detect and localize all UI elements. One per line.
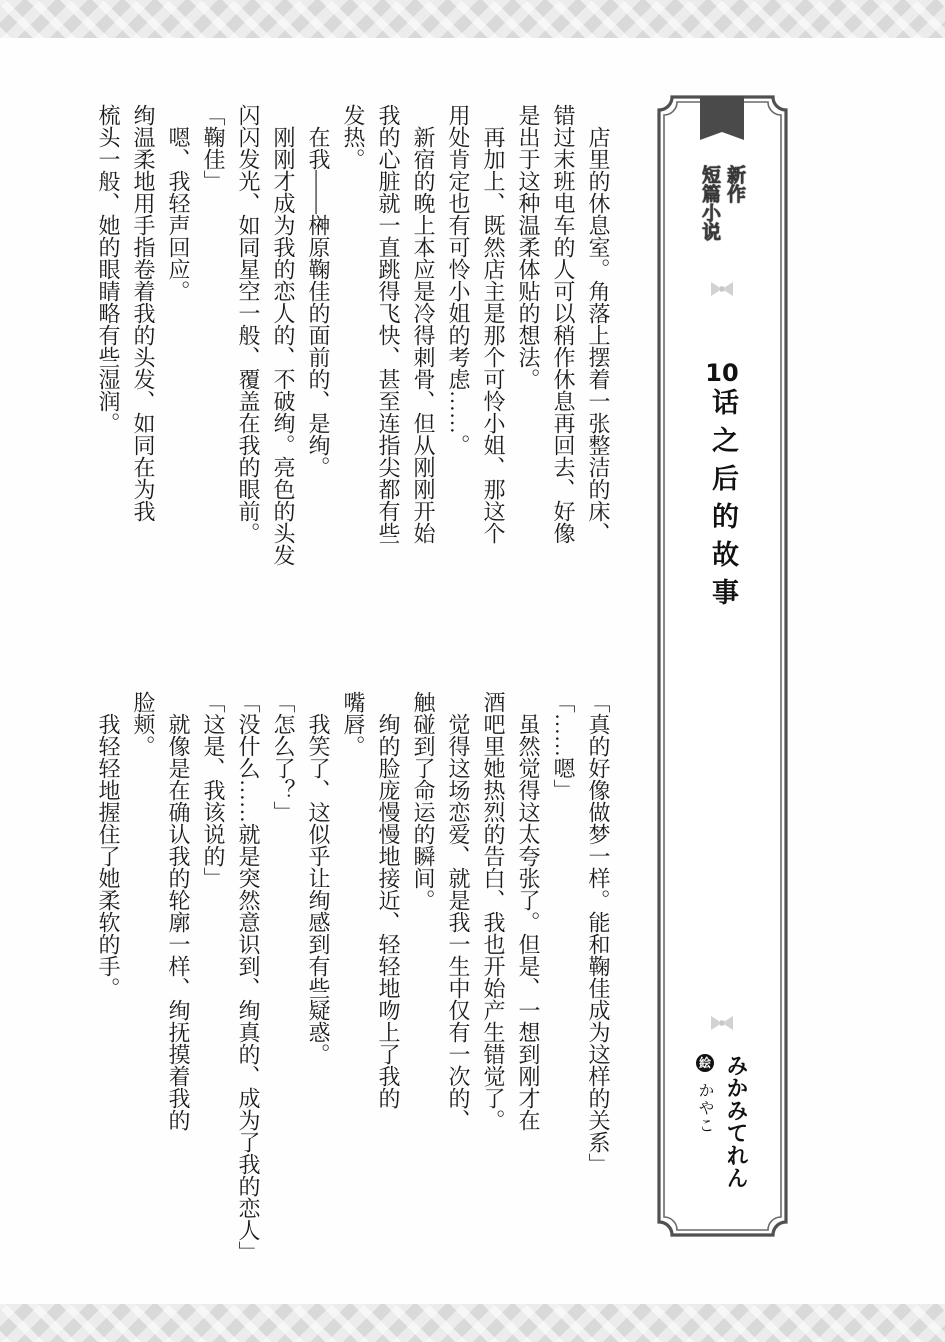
author-name: みかみてれん [721, 1054, 749, 1204]
illustrator-name: かやこ [695, 1082, 715, 1142]
text-column: 用处肯定也有可怜小姐的考虑……。 [441, 104, 476, 574]
body-text-upper: 店里的休息室。角落上摆着一张整洁的床、 错过末班电车的人可以稍作休息再回去、好像… [91, 104, 616, 574]
text-column: 是出于这种温柔体贴的想法。 [511, 104, 546, 574]
text-column: 我的心脏就一直跳得飞快、甚至连指尖都有些 [371, 104, 406, 574]
bowtie-icon [711, 282, 733, 296]
text-column: 梳头一般、她的眼睛略有些湿润。 [91, 104, 126, 574]
text-column: 绚的脸庞慢慢地接近、轻轻地吻上了我的 [371, 691, 406, 1271]
text-column: 触碰到了命运的瞬间。 [406, 691, 441, 1271]
text-column: 新宿的晚上本应是冷得刺骨、但从刚刚开始 [406, 104, 441, 574]
text-column: 绚温柔地用手指卷着我的头发、如同在为我 [126, 104, 161, 574]
series-label-line-1: 新作 [722, 165, 747, 265]
text-column: 就像是在确认我的轮廓一样、绚抚摸着我的 [161, 691, 196, 1271]
text-column: 「这是、我该说的」 [196, 691, 231, 1271]
text-column: 再加上、既然店主是那个可怜小姐、那这个 [476, 104, 511, 574]
series-label-line-2: 短篇小说 [697, 165, 722, 265]
series-label: 新作 短篇小说 [695, 165, 747, 265]
text-column: 我笑了、这似乎让绚感到有些疑惑。 [301, 691, 336, 1271]
text-column: 在我——榊原鞠佳的面前的、是绚。 [301, 104, 336, 574]
text-column: 我轻轻地握住了她柔软的手。 [91, 691, 126, 1271]
chapter-number: 10 [702, 360, 742, 386]
text-column: 「鞠佳」 [196, 104, 231, 574]
bottom-pattern-band [0, 1304, 945, 1342]
text-column: 刚刚才成为我的恋人的、不破绚。亮色的头发 [266, 104, 301, 574]
text-column: 闪闪发光、如同星空一般、覆盖在我的眼前。 [231, 104, 266, 574]
text-column: 发热。 [336, 104, 371, 574]
text-column: 嗯、我轻声回应。 [161, 104, 196, 574]
text-column: 错过末班电车的人可以稍作休息再回去、好像 [546, 104, 581, 574]
top-pattern-band [0, 0, 945, 38]
text-column: 「……嗯」 [546, 691, 581, 1271]
text-column: 觉得这场恋爱、就是我一生中仅有一次的、 [441, 691, 476, 1271]
bowtie-icon [711, 1016, 733, 1030]
bookmark-ribbon-icon [700, 96, 744, 141]
text-column: 「怎么了？」 [266, 691, 301, 1271]
text-column: 「没什么……就是突然意识到、绚真的、成为了我的恋人」 [231, 691, 266, 1271]
illustrator-badge: 絵 [696, 1054, 714, 1072]
text-column: 酒吧里她热烈的告白、我也开始产生错觉了。 [476, 691, 511, 1271]
text-column: 店里的休息室。角落上摆着一张整洁的床、 [581, 104, 616, 574]
text-column: 虽然觉得这太夸张了。但是、一想到刚才在 [511, 691, 546, 1271]
body-text-lower: 「真的好像做梦一样。能和鞠佳成为这样的关系」 「……嗯」 虽然觉得这太夸张了。但… [91, 691, 616, 1271]
text-column: 「真的好像做梦一样。能和鞠佳成为这样的关系」 [581, 691, 616, 1271]
text-column: 脸颊。 [126, 691, 161, 1271]
chapter-title: 话之后的故事 [704, 388, 740, 628]
text-column: 嘴唇。 [336, 691, 371, 1271]
